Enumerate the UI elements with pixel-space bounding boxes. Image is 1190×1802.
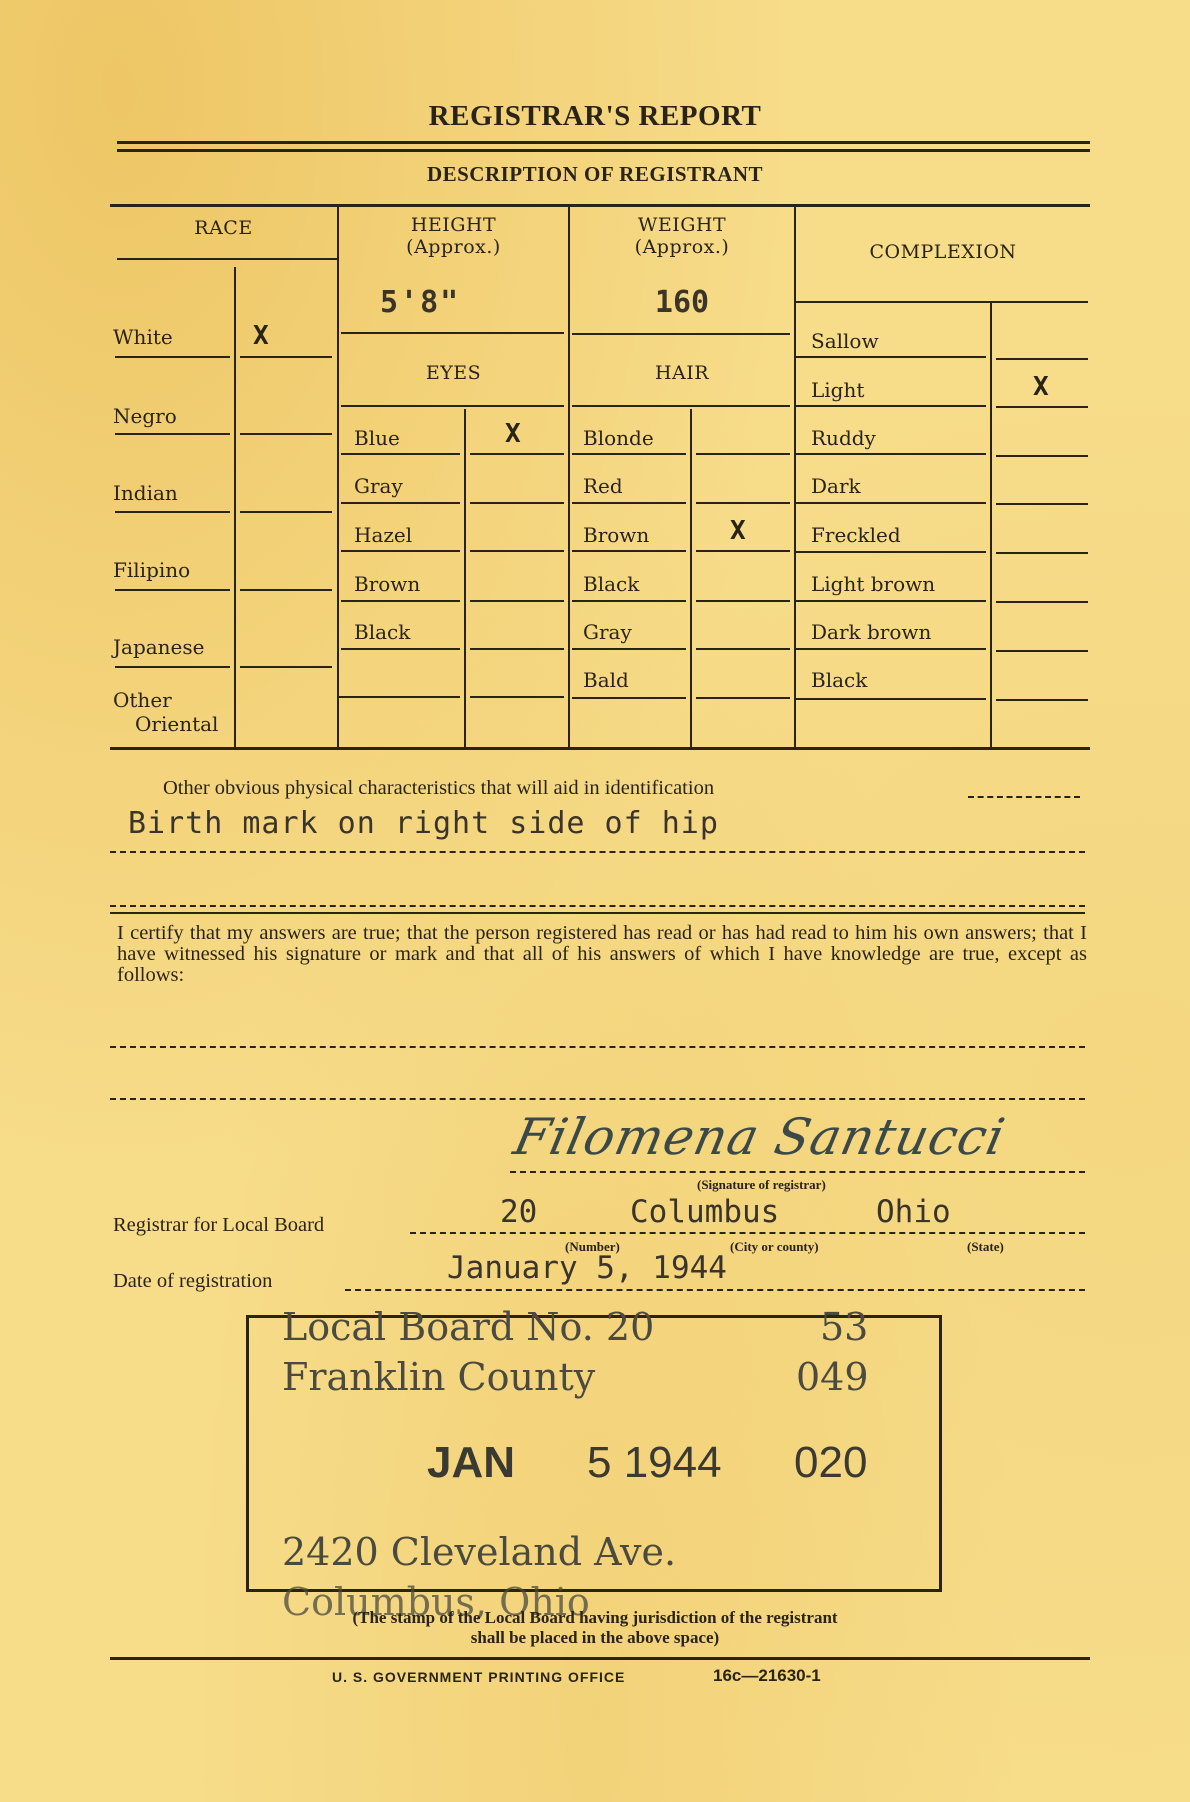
- characteristics-value[interactable]: Birth mark on right side of hip: [128, 806, 719, 841]
- stamp-date-month: JAN: [427, 1438, 515, 1488]
- complexion-rule: [796, 698, 986, 700]
- stamp-number-53: 53: [820, 1305, 868, 1349]
- complexion-mark-rule: [996, 552, 1088, 554]
- hair-rule: [572, 600, 686, 602]
- eyes-label-blue: Blue: [354, 426, 400, 450]
- eyes-label-hazel: Hazel: [354, 523, 412, 547]
- hair-mark-rule: [696, 550, 790, 552]
- race-col-divider: [337, 206, 339, 747]
- characteristics-line-2: [110, 905, 1085, 907]
- eyes-mark-rule: [470, 696, 564, 698]
- race-rule: [115, 511, 230, 513]
- hair-mark-brown: X: [730, 516, 746, 546]
- complexion-mark-rule: [996, 455, 1088, 457]
- hair-header: HAIR: [570, 362, 794, 384]
- hair-mark-rule: [696, 600, 790, 602]
- complexion-rule: [796, 502, 986, 504]
- complexion-mark-rule: [996, 406, 1088, 408]
- stamp-local-board: Local Board No. 20: [282, 1305, 654, 1349]
- race-rule: [115, 666, 230, 668]
- hair-rule: [572, 502, 686, 504]
- race-mark-rule: [240, 511, 332, 513]
- hair-mark-rule: [696, 697, 790, 699]
- complexion-rule: [796, 648, 986, 650]
- hair-header-rule: [572, 405, 790, 407]
- eyes-label-brown: Brown: [354, 572, 420, 596]
- stamp-address: 2420 Cleveland Ave.: [282, 1530, 676, 1574]
- registration-date-label: Date of registration: [113, 1271, 272, 1292]
- local-board-label: Registrar for Local Board: [113, 1215, 324, 1236]
- eyes-mark-rule: [470, 550, 564, 552]
- hair-mark-rule: [696, 453, 790, 455]
- complexion-rule: [796, 551, 986, 553]
- race-label-japanese: Japanese: [113, 635, 204, 659]
- stamp-number-049: 049: [796, 1355, 869, 1399]
- race-mark-rule: [240, 433, 332, 435]
- local-board-state[interactable]: Ohio: [876, 1194, 951, 1230]
- complexion-header-rule: [796, 301, 1088, 303]
- eyes-rule: [341, 453, 460, 455]
- eyes-rule: [341, 550, 460, 552]
- table-top-rule: [110, 204, 1090, 207]
- eyes-rule: [337, 696, 460, 698]
- hair-mark-rule: [696, 502, 790, 504]
- complexion-label-dark: Dark: [811, 474, 861, 498]
- complexion-label-freckled: Freckled: [811, 523, 901, 547]
- height-header-sub: (Approx.): [339, 236, 568, 258]
- local-board-leader: [410, 1232, 1085, 1234]
- hair-label-black: Black: [583, 572, 639, 596]
- race-label-negro: Negro: [113, 404, 177, 428]
- eyes-mark-rule: [470, 453, 564, 455]
- complexion-mark-light: X: [1033, 372, 1049, 402]
- race-mark-rule: [240, 666, 332, 668]
- form-number: 16c—21630-1: [713, 1666, 821, 1686]
- hair-label-blonde: Blonde: [583, 426, 654, 450]
- hair-rule: [572, 453, 686, 455]
- complexion-mark-rule: [996, 601, 1088, 603]
- section-divider: [110, 912, 1085, 914]
- complexion-mark-rule: [996, 650, 1088, 652]
- eyes-mark-rule: [470, 600, 564, 602]
- eyes-label-gray: Gray: [354, 474, 403, 498]
- height-value: 5'8": [380, 285, 460, 320]
- eyes-rule: [341, 600, 460, 602]
- complexion-rule: [796, 453, 986, 455]
- signature-line: [510, 1171, 1085, 1173]
- race-label-other: Other: [113, 688, 172, 712]
- characteristics-line-1: [110, 851, 1085, 853]
- eyes-rule: [341, 648, 460, 650]
- title-rule-top: [117, 141, 1090, 144]
- race-rule: [115, 589, 230, 591]
- race-mark-rule: [240, 356, 332, 358]
- height-header: HEIGHT: [339, 214, 568, 236]
- complexion-label-black: Black: [811, 668, 867, 692]
- eyes-mark-blue: X: [505, 419, 521, 449]
- eyes-mark-rule: [470, 502, 564, 504]
- exceptions-line-1: [110, 1046, 1085, 1048]
- weight-header: WEIGHT: [570, 214, 794, 236]
- registration-date-value[interactable]: January 5, 1944: [447, 1250, 727, 1286]
- complexion-label-ruddy: Ruddy: [811, 426, 876, 450]
- eyes-rule: [341, 502, 460, 504]
- signature-caption: (Signature of registrar): [697, 1177, 826, 1193]
- complexion-label-light: Light: [811, 378, 864, 402]
- race-label-indian: Indian: [113, 481, 178, 505]
- height-value-rule: [341, 332, 564, 334]
- race-mark-divider: [234, 267, 236, 747]
- hair-mark-divider: [690, 409, 692, 747]
- certification-text: I certify that my answers are true; that…: [117, 923, 1087, 986]
- complexion-mark-rule: [996, 699, 1088, 701]
- hair-rule: [572, 550, 686, 552]
- race-header: RACE: [110, 217, 337, 239]
- local-board-number[interactable]: 20: [500, 1194, 537, 1230]
- hair-label-brown: Brown: [583, 523, 649, 547]
- race-rule: [115, 433, 230, 435]
- table-bottom-rule: [110, 747, 1090, 750]
- eyes-mark-divider: [464, 409, 466, 747]
- complexion-rule: [796, 600, 986, 602]
- race-label-oriental: Oriental: [135, 712, 218, 736]
- race-label-filipino: Filipino: [113, 558, 190, 582]
- complexion-label-light-brown: Light brown: [811, 572, 935, 596]
- hair-rule: [572, 648, 686, 650]
- local-board-city[interactable]: Columbus: [630, 1194, 779, 1230]
- complexion-mark-rule: [996, 358, 1088, 360]
- footer-rule: [110, 1657, 1090, 1660]
- section-title: DESCRIPTION OF REGISTRANT: [0, 162, 1190, 187]
- complexion-rule: [796, 405, 986, 407]
- stamp-note-line1: (The stamp of the Local Board having jur…: [0, 1608, 1190, 1628]
- stamp-date-day-year: 5 1944: [587, 1438, 722, 1488]
- hair-label-bald: Bald: [583, 668, 629, 692]
- hair-label-red: Red: [583, 474, 623, 498]
- race-label-white: White: [113, 325, 173, 349]
- weight-header-sub: (Approx.): [570, 236, 794, 258]
- eyes-label-black: Black: [354, 620, 410, 644]
- stamp-date-code: 020: [794, 1438, 867, 1488]
- race-header-rule: [117, 258, 337, 260]
- eyes-mark-rule: [470, 648, 564, 650]
- local-board-city-caption: (City or county): [730, 1239, 819, 1255]
- title-rule-bottom: [117, 149, 1090, 152]
- characteristics-label-leader: [968, 796, 1080, 798]
- weight-col-divider: [794, 206, 796, 747]
- race-rule: [115, 356, 230, 358]
- local-board-state-caption: (State): [967, 1239, 1004, 1255]
- printer-credit: U. S. GOVERNMENT PRINTING OFFICE: [332, 1669, 625, 1685]
- weight-value-rule: [572, 333, 790, 335]
- document-title: REGISTRAR'S REPORT: [0, 100, 1190, 133]
- race-mark-white: X: [253, 321, 269, 351]
- eyes-header-rule: [341, 405, 564, 407]
- complexion-mark-divider: [990, 303, 992, 747]
- stamp-county: Franklin County: [282, 1355, 595, 1399]
- stamp-note-line2: shall be placed in the above space): [0, 1628, 1190, 1648]
- eyes-header: EYES: [339, 362, 568, 384]
- complexion-rule: [796, 356, 986, 358]
- hair-rule: [572, 697, 686, 699]
- weight-value: 160: [570, 285, 794, 320]
- complexion-label-sallow: Sallow: [811, 329, 879, 353]
- hair-label-gray: Gray: [583, 620, 632, 644]
- characteristics-label: Other obvious physical characteristics t…: [163, 778, 714, 799]
- complexion-label-dark-brown: Dark brown: [811, 620, 931, 644]
- complexion-header: COMPLEXION: [796, 241, 1090, 263]
- exceptions-line-2: [110, 1098, 1085, 1100]
- registrar-signature[interactable]: Filomena Santucci: [509, 1108, 1011, 1166]
- registration-date-leader: [345, 1289, 1085, 1291]
- complexion-mark-rule: [996, 503, 1088, 505]
- hair-mark-rule: [696, 648, 790, 650]
- race-mark-rule: [240, 589, 332, 591]
